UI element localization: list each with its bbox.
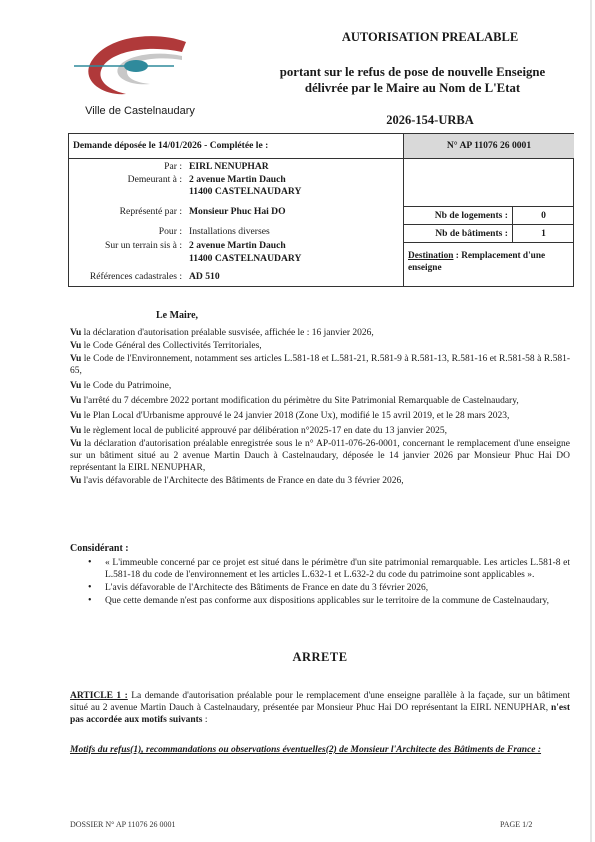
decree-heading: ARRETE (70, 650, 570, 665)
purpose-label: Pour : (69, 226, 182, 237)
building-count-value: 1 (512, 225, 574, 242)
housing-count-label: Nb de logements : (404, 210, 508, 221)
site-label: Sur un terrain sis à : (69, 240, 182, 251)
purpose-value: Installations diverses (189, 226, 270, 239)
vu-item: Vu le Plan Local d'Urbanisme approuvé le… (70, 410, 570, 422)
article-1-label: ARTICLE 1 : (70, 691, 128, 701)
subtitle-line-1: portant sur le refus de pose de nouvelle… (235, 64, 590, 80)
logo-caption: Ville de Castelnaudary (70, 105, 210, 117)
vu-item: Vu le Code de l'Environnement, notamment… (70, 353, 570, 377)
considering-item: L'avis défavorable de l'Architecte des B… (88, 582, 570, 594)
request-date: Demande déposée le 14/01/2026 - Complété… (73, 140, 268, 151)
vu-item: Vu le règlement local de publicité appro… (70, 425, 570, 437)
file-number: N° AP 11076 26 0001 (403, 134, 574, 158)
building-count-label: Nb de bâtiments : (404, 228, 508, 239)
vu-item: Vu le Code Général des Collectivités Ter… (70, 340, 570, 352)
article-1: ARTICLE 1 : La demande d'autorisation pr… (70, 690, 570, 726)
representative-label: Représenté par : (69, 206, 182, 217)
mayor-heading: Le Maire, (156, 310, 198, 321)
building-count-row: Nb de bâtiments : 1 (404, 224, 573, 243)
site-city: 11400 CASTELNAUDARY (189, 253, 301, 266)
footer-page-number: PAGE 1/2 (500, 820, 532, 829)
vu-item: Vu la déclaration d'autorisation préalab… (70, 438, 570, 474)
considering-item: « L'immeuble concerné par ce projet est … (88, 557, 570, 581)
residence-label: Demeurant à : (69, 174, 182, 185)
document-title: AUTORISATION PREALABLE (270, 30, 590, 45)
vu-item: Vu la déclaration d'autorisation préalab… (70, 327, 570, 339)
legal-references: Vu la déclaration d'autorisation préalab… (70, 327, 570, 490)
page-edge (590, 0, 592, 842)
housing-count-value: 0 (512, 207, 574, 224)
vu-item: Vu l'avis défavorable de l'Architecte de… (70, 475, 570, 487)
destination: Destination : Remplacement d'une enseign… (408, 250, 571, 274)
request-info-table: Demande déposée le 14/01/2026 - Complété… (68, 133, 574, 287)
residence-street: 2 avenue Martin Dauch (189, 174, 286, 187)
article-1-text: La demande d'autorisation préalable pour… (70, 691, 570, 713)
housing-count-row: Nb de logements : 0 (404, 206, 573, 224)
document-subtitle: portant sur le refus de pose de nouvelle… (235, 64, 590, 96)
site-street: 2 avenue Martin Dauch (189, 240, 286, 253)
residence-city: 11400 CASTELNAUDARY (189, 186, 301, 199)
considering-heading: Considérant : (70, 543, 129, 554)
subtitle-line-2: délivrée par le Maire au Nom de L'Etat (235, 80, 590, 96)
city-logo (74, 34, 198, 98)
vu-item: Vu le Code du Patrimoine, (70, 380, 570, 392)
cadastral-value: AD 510 (189, 271, 220, 284)
table-header: Demande déposée le 14/01/2026 - Complété… (69, 134, 573, 159)
refusal-reasons-heading: Motifs du refus(1), recommandations ou o… (70, 744, 570, 756)
document-reference: 2026-154-URBA (270, 113, 590, 128)
representative-value: Monsieur Phuc Hai DO (189, 206, 286, 219)
considering-list: « L'immeuble concerné par ce projet est … (88, 557, 570, 608)
castelnaudary-logo-icon (74, 34, 198, 98)
applicant-label: Par : (69, 161, 182, 172)
cadastral-label: Références cadastrales : (69, 271, 182, 282)
considering-item: Que cette demande n'est pas conforme aux… (88, 595, 570, 607)
vu-item: Vu l'arrêté du 7 décembre 2022 portant m… (70, 395, 570, 407)
destination-label: Destination (408, 251, 453, 261)
footer-dossier-number: DOSSIER N° AP 11076 26 0001 (70, 820, 176, 829)
applicant-value: EIRL NENUPHAR (189, 161, 269, 174)
